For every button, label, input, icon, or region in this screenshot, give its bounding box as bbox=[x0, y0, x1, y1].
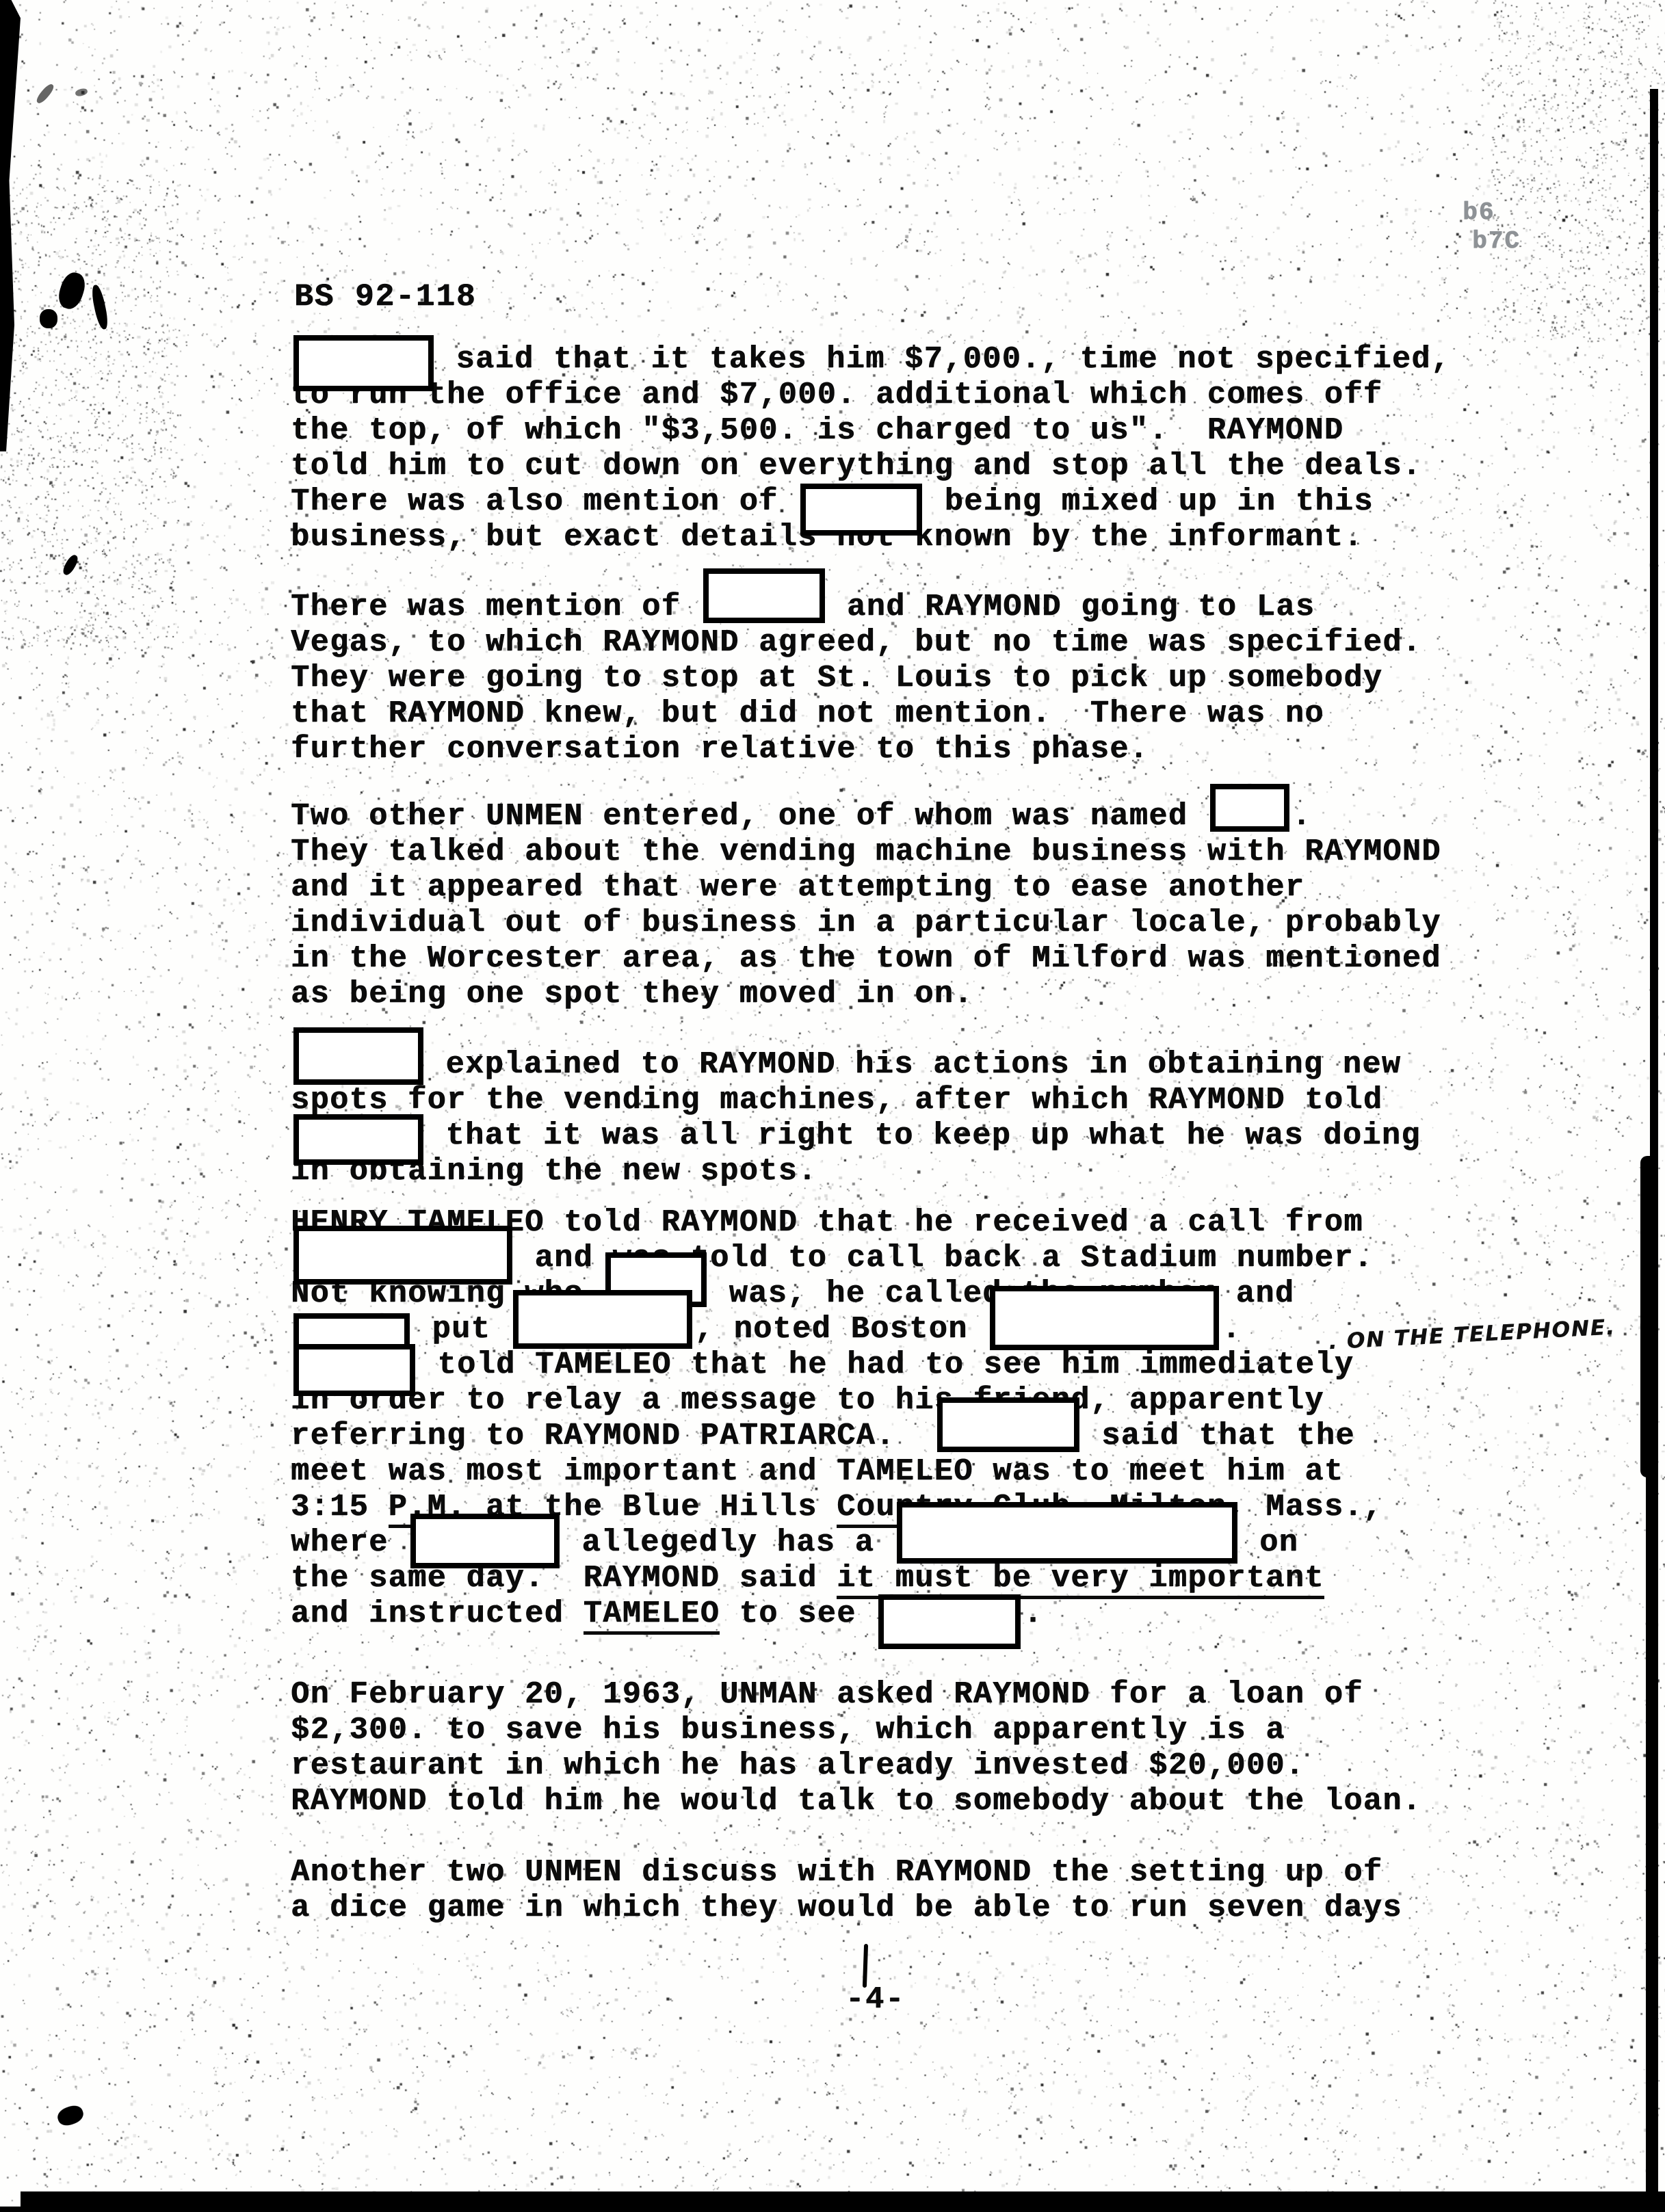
text-line: in the Worcester area, as the town of Mi… bbox=[291, 941, 1441, 977]
paragraph-3: Two other UNMEN entered, one of whom was… bbox=[291, 799, 1441, 1012]
text-run: Vegas, to which RAYMOND agreed, but no t… bbox=[291, 625, 1421, 660]
text-line: and instructed TAMELEO to see . bbox=[291, 1596, 1382, 1632]
text-line: Vegas, to which RAYMOND agreed, but no t… bbox=[291, 625, 1421, 661]
text-run: explained to RAYMOND his actions in obta… bbox=[426, 1047, 1401, 1082]
text-run: referring to RAYMOND PATRIARCA. bbox=[291, 1419, 934, 1453]
text-line: referring to RAYMOND PATRIARCA. said tha… bbox=[291, 1419, 1382, 1454]
text-run: Another two UNMEN discuss with RAYMOND t… bbox=[291, 1855, 1382, 1890]
text-run: individual out of business in a particul… bbox=[291, 906, 1441, 940]
text-run: $2,300. to save his business, which appa… bbox=[291, 1713, 1285, 1748]
text-run: On February 20, 1963, UNMAN asked RAYMON… bbox=[291, 1677, 1363, 1712]
text-run: spots for the vending machines, after wh… bbox=[291, 1083, 1382, 1118]
text-run: They were going to stop at St. Louis to … bbox=[291, 661, 1382, 696]
text-run: told TAMELEO that he had to see him imme… bbox=[418, 1347, 1354, 1382]
text-line: On February 20, 1963, UNMAN asked RAYMON… bbox=[291, 1677, 1421, 1713]
text-line: told TAMELEO that he had to see him imme… bbox=[291, 1347, 1382, 1383]
underlined-text: it must be very important bbox=[837, 1561, 1324, 1599]
text-line: restaurant in which he has already inves… bbox=[291, 1748, 1421, 1784]
redaction-box bbox=[878, 1594, 1021, 1649]
text-line: and it appeared that were attempting to … bbox=[291, 870, 1441, 906]
paragraph-5: HENRY TAMELEO told RAYMOND that he recei… bbox=[291, 1205, 1382, 1632]
text-line: meet was most important and TAMELEO was … bbox=[291, 1454, 1382, 1490]
paragraph-2: There was mention of and RAYMOND going t… bbox=[291, 590, 1421, 767]
text-line: They were going to stop at St. Louis to … bbox=[291, 661, 1421, 696]
text-line: that it was all right to keep up what he… bbox=[291, 1118, 1421, 1154]
paragraph-6: On February 20, 1963, UNMAN asked RAYMON… bbox=[291, 1677, 1421, 1819]
text-line: individual out of business in a particul… bbox=[291, 906, 1441, 941]
text-line: further conversation relative to this ph… bbox=[291, 732, 1421, 767]
redaction-box bbox=[937, 1397, 1079, 1452]
text-line: There was mention of and RAYMOND going t… bbox=[291, 590, 1421, 625]
text-line: RAYMOND told him he would talk to somebo… bbox=[291, 1784, 1421, 1819]
redaction-box bbox=[897, 1502, 1237, 1564]
text-run: . bbox=[1222, 1312, 1242, 1347]
text-run: 3:15 bbox=[291, 1490, 389, 1525]
text-run: and instructed bbox=[291, 1596, 584, 1631]
text-line: explained to RAYMOND his actions in obta… bbox=[291, 1047, 1421, 1083]
text-run: to run the office and $7,000. additional… bbox=[291, 378, 1382, 412]
underlined-text: TAMELEO bbox=[584, 1596, 720, 1635]
text-run: . bbox=[1023, 1596, 1043, 1631]
redaction-box bbox=[293, 1027, 423, 1085]
file-number: BS 92-118 bbox=[294, 279, 476, 315]
text-line: put , noted Boston . bbox=[291, 1312, 1382, 1347]
redaction-box bbox=[410, 1514, 560, 1568]
text-run: There was also mention of bbox=[291, 484, 798, 519]
text-line: There was also mention of being mixed up… bbox=[291, 484, 1450, 520]
redaction-box bbox=[990, 1286, 1219, 1350]
document-text-layer: BS 92-118 b6 b7C said that it takes him … bbox=[0, 0, 1665, 2212]
page-number: -4- bbox=[845, 1982, 905, 2018]
paragraph-4: explained to RAYMOND his actions in obta… bbox=[291, 1047, 1421, 1189]
text-run: RAYMOND told him he would talk to somebo… bbox=[291, 1784, 1421, 1819]
text-run: that RAYMOND knew, but did not mention. … bbox=[291, 696, 1324, 731]
text-line: They talked about the vending machine bu… bbox=[291, 834, 1441, 870]
text-run: said that it takes him $7,000., time not… bbox=[436, 342, 1450, 377]
text-line: that RAYMOND knew, but did not mention. … bbox=[291, 696, 1421, 732]
exemption-codes: b6 b7C bbox=[1463, 198, 1521, 256]
text-run: that it was all right to keep up what he… bbox=[426, 1118, 1421, 1153]
text-run: Two other UNMEN entered, one of whom was… bbox=[291, 799, 1207, 834]
text-line: a dice game in which they would be able … bbox=[291, 1891, 1402, 1926]
redaction-box bbox=[703, 568, 825, 623]
redaction-box bbox=[800, 484, 922, 536]
exemption-code-b6: b6 bbox=[1463, 198, 1521, 227]
text-run: the same day. RAYMOND said bbox=[291, 1561, 837, 1596]
text-run: as being one spot they moved in on. bbox=[291, 977, 973, 1012]
text-line: the top, of which "$3,500. is charged to… bbox=[291, 413, 1450, 449]
text-line: spots for the vending machines, after wh… bbox=[291, 1083, 1421, 1118]
text-run: being mixed up in this bbox=[925, 484, 1374, 519]
text-run: and it appeared that were attempting to … bbox=[291, 870, 1305, 905]
text-run: , noted Boston bbox=[695, 1312, 988, 1347]
text-run: There was mention of bbox=[291, 590, 700, 624]
text-run: restaurant in which he has already inves… bbox=[291, 1748, 1305, 1783]
text-run: . bbox=[1292, 799, 1312, 834]
text-run: in the Worcester area, as the town of Mi… bbox=[291, 941, 1441, 976]
text-run: meet was most important and TAMELEO was … bbox=[291, 1454, 1343, 1489]
text-line: $2,300. to save his business, which appa… bbox=[291, 1713, 1421, 1748]
redaction-box bbox=[293, 1114, 423, 1165]
exemption-code-b7c: b7C bbox=[1472, 227, 1521, 256]
text-line: as being one spot they moved in on. bbox=[291, 977, 1441, 1012]
text-run: to see bbox=[720, 1596, 876, 1631]
text-run: on bbox=[1240, 1525, 1299, 1560]
text-line: to run the office and $7,000. additional… bbox=[291, 378, 1450, 413]
text-run: told him to cut down on everything and s… bbox=[291, 449, 1421, 484]
text-line: Another two UNMEN discuss with RAYMOND t… bbox=[291, 1855, 1402, 1891]
text-run: allegedly has a bbox=[562, 1525, 894, 1560]
text-run: in order to relay a message to his frien… bbox=[291, 1383, 1324, 1418]
redaction-box bbox=[293, 335, 434, 391]
text-run: They talked about the vending machine bu… bbox=[291, 834, 1441, 869]
text-run: where bbox=[291, 1525, 408, 1560]
text-run: a dice game in which they would be able … bbox=[291, 1891, 1402, 1925]
text-line: Two other UNMEN entered, one of whom was… bbox=[291, 799, 1441, 834]
redaction-box bbox=[513, 1290, 692, 1349]
redaction-box bbox=[1210, 784, 1289, 832]
redaction-box bbox=[293, 1344, 415, 1396]
text-line: and was told to call back a Stadium numb… bbox=[291, 1241, 1382, 1276]
scanned-document-page: BS 92-118 b6 b7C said that it takes him … bbox=[0, 0, 1665, 2212]
text-run: and RAYMOND going to Las bbox=[828, 590, 1315, 624]
text-line: in order to relay a message to his frien… bbox=[291, 1383, 1382, 1419]
text-line: in obtaining the new spots. bbox=[291, 1154, 1421, 1189]
text-line: told him to cut down on everything and s… bbox=[291, 449, 1450, 484]
text-run: said that the bbox=[1082, 1419, 1355, 1453]
paragraph-1: said that it takes him $7,000., time not… bbox=[291, 342, 1450, 555]
text-run: , Mass., bbox=[1227, 1490, 1382, 1525]
text-run: put bbox=[412, 1312, 510, 1347]
redaction-box bbox=[293, 1226, 512, 1285]
text-run: further conversation relative to this ph… bbox=[291, 732, 1149, 767]
text-run: the top, of which "$3,500. is charged to… bbox=[291, 413, 1343, 448]
paragraph-7: Another two UNMEN discuss with RAYMOND t… bbox=[291, 1855, 1402, 1926]
text-line: where allegedly has a on bbox=[291, 1525, 1382, 1561]
text-line: said that it takes him $7,000., time not… bbox=[291, 342, 1450, 378]
